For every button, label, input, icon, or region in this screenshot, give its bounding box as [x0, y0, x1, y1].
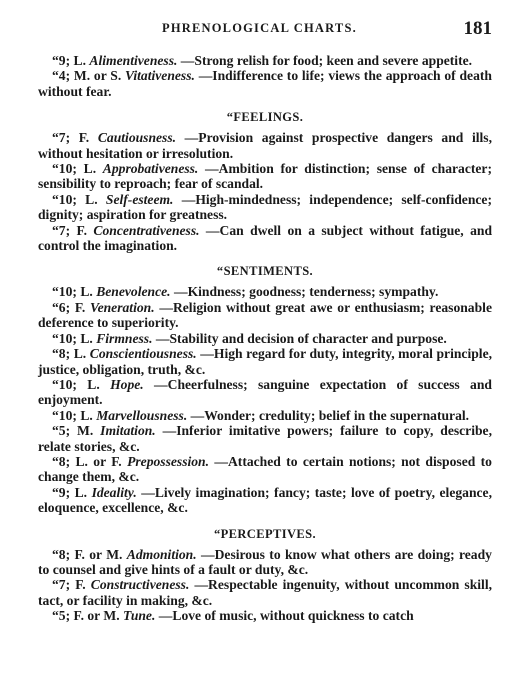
- degree-number: “9;: [52, 53, 70, 68]
- faculty-entry: “7; F. Constructiveness. —Respectable in…: [38, 577, 492, 608]
- faculty-entry: “7; F. Concentrativeness. —Can dwell on …: [38, 223, 492, 254]
- section-heading: “SENTIMENTS.: [38, 253, 492, 284]
- faculty-entry: “9; L. Ideality. —Lively imagination; fa…: [38, 485, 492, 516]
- faculty-description: —Strong relish for food; keen and severe…: [181, 53, 472, 68]
- faculty-name: Approbativeness.: [103, 161, 199, 176]
- faculty-name: Hope.: [110, 377, 144, 392]
- faculty-name: Concentrativeness.: [93, 223, 199, 238]
- faculty-name: Prepossession.: [127, 454, 209, 469]
- degree-number: “10;: [52, 161, 77, 176]
- size-degree: M. or S.: [74, 68, 121, 83]
- section-heading: “PERCEPTIVES.: [38, 516, 492, 547]
- size-degree: F. or M.: [74, 547, 122, 562]
- faculty-name: Constructiveness.: [91, 577, 190, 592]
- faculty-entry: “5; M. Imitation. —Inferior imitative po…: [38, 423, 492, 454]
- faculty-entry: “10; L. Marvellousness. —Wonder; creduli…: [38, 408, 492, 423]
- faculty-entry: “10; L. Self-esteem. —High-mindedness; i…: [38, 192, 492, 223]
- size-degree: F.: [79, 130, 89, 145]
- degree-number: “8;: [52, 547, 70, 562]
- size-degree: L.: [84, 161, 96, 176]
- size-degree: F.: [75, 300, 85, 315]
- faculty-entry: “5; F. or M. Tune. —Love of music, witho…: [38, 608, 492, 623]
- faculty-description: —Wonder; credulity; belief in the supern…: [191, 408, 469, 423]
- faculty-description: —Love of music, without quickness to cat…: [159, 608, 414, 623]
- degree-number: “6;: [52, 300, 70, 315]
- size-degree: L.: [80, 331, 92, 346]
- faculty-name: Admonition.: [127, 547, 197, 562]
- faculty-entry: “9; L. Alimentiveness. —Strong relish fo…: [38, 53, 492, 68]
- size-degree: L.: [85, 192, 97, 207]
- faculty-name: Veneration.: [90, 300, 155, 315]
- degree-number: “5;: [52, 423, 70, 438]
- faculty-entry: “8; L. Conscientiousness. —High regard f…: [38, 346, 492, 377]
- degree-number: “8;: [52, 346, 70, 361]
- degree-number: “10;: [52, 192, 77, 207]
- size-degree: L.: [87, 377, 99, 392]
- faculty-name: Alimentiveness.: [89, 53, 177, 68]
- size-degree: L.: [80, 284, 92, 299]
- size-degree: F.: [75, 577, 85, 592]
- faculty-entry: “10; L. Hope. —Cheerfulness; sanguine ex…: [38, 377, 492, 408]
- size-degree: F. or M.: [74, 608, 120, 623]
- faculty-entry: “8; F. or M. Admonition. —Desirous to kn…: [38, 547, 492, 578]
- size-degree: L.: [74, 346, 86, 361]
- degree-number: “7;: [52, 223, 70, 238]
- size-degree: M.: [77, 423, 93, 438]
- degree-number: “7;: [52, 130, 70, 145]
- running-title: PHRENOLOGICAL CHARTS.: [162, 21, 357, 36]
- faculty-entry: “4; M. or S. Vitativeness. —Indifference…: [38, 68, 492, 99]
- degree-number: “10;: [52, 377, 77, 392]
- degree-number: “10;: [52, 408, 77, 423]
- faculty-name: Tune.: [123, 608, 155, 623]
- section-heading: “FEELINGS.: [38, 99, 492, 130]
- faculty-description: —Cheerfulness; sanguine expectation of s…: [38, 377, 492, 407]
- size-degree: L.: [80, 408, 92, 423]
- faculty-name: Ideality.: [92, 485, 137, 500]
- degree-number: “7;: [52, 577, 70, 592]
- faculty-name: Self-esteem.: [106, 192, 174, 207]
- faculty-name: Benevolence.: [96, 284, 170, 299]
- faculty-entry: “10; L. Firmness. —Stability and decisio…: [38, 331, 492, 346]
- page-number: 181: [464, 18, 493, 40]
- faculty-entry: “10; L. Approbativeness. —Ambition for d…: [38, 161, 492, 192]
- size-degree: F.: [77, 223, 87, 238]
- running-head: PHRENOLOGICAL CHARTS. 181: [38, 18, 492, 40]
- faculty-entry: “7; F. Cautiousness. —Provision against …: [38, 130, 492, 161]
- faculty-entry: “10; L. Benevolence. —Kindness; goodness…: [38, 284, 492, 299]
- faculty-entry: “8; L. or F. Prepossession. —Attached to…: [38, 454, 492, 485]
- degree-number: “8;: [52, 454, 70, 469]
- faculty-entry: “6; F. Veneration. —Religion without gre…: [38, 300, 492, 331]
- page-body: “9; L. Alimentiveness. —Strong relish fo…: [38, 53, 492, 624]
- degree-number: “10;: [52, 331, 77, 346]
- size-degree: L.: [75, 485, 87, 500]
- degree-number: “4;: [52, 68, 70, 83]
- faculty-name: Vitativeness.: [125, 68, 195, 83]
- degree-number: “10;: [52, 284, 77, 299]
- faculty-name: Firmness.: [96, 331, 152, 346]
- size-degree: L. or F.: [75, 454, 121, 469]
- faculty-name: Conscientiousness.: [90, 346, 197, 361]
- faculty-name: Imitation.: [100, 423, 156, 438]
- faculty-name: Marvellousness.: [96, 408, 187, 423]
- faculty-description: —Kindness; goodness; tenderness; sympath…: [174, 284, 438, 299]
- degree-number: “5;: [52, 608, 70, 623]
- size-degree: L.: [74, 53, 86, 68]
- faculty-description: —Stability and decision of character and…: [156, 331, 447, 346]
- degree-number: “9;: [52, 485, 70, 500]
- faculty-name: Cautiousness.: [98, 130, 176, 145]
